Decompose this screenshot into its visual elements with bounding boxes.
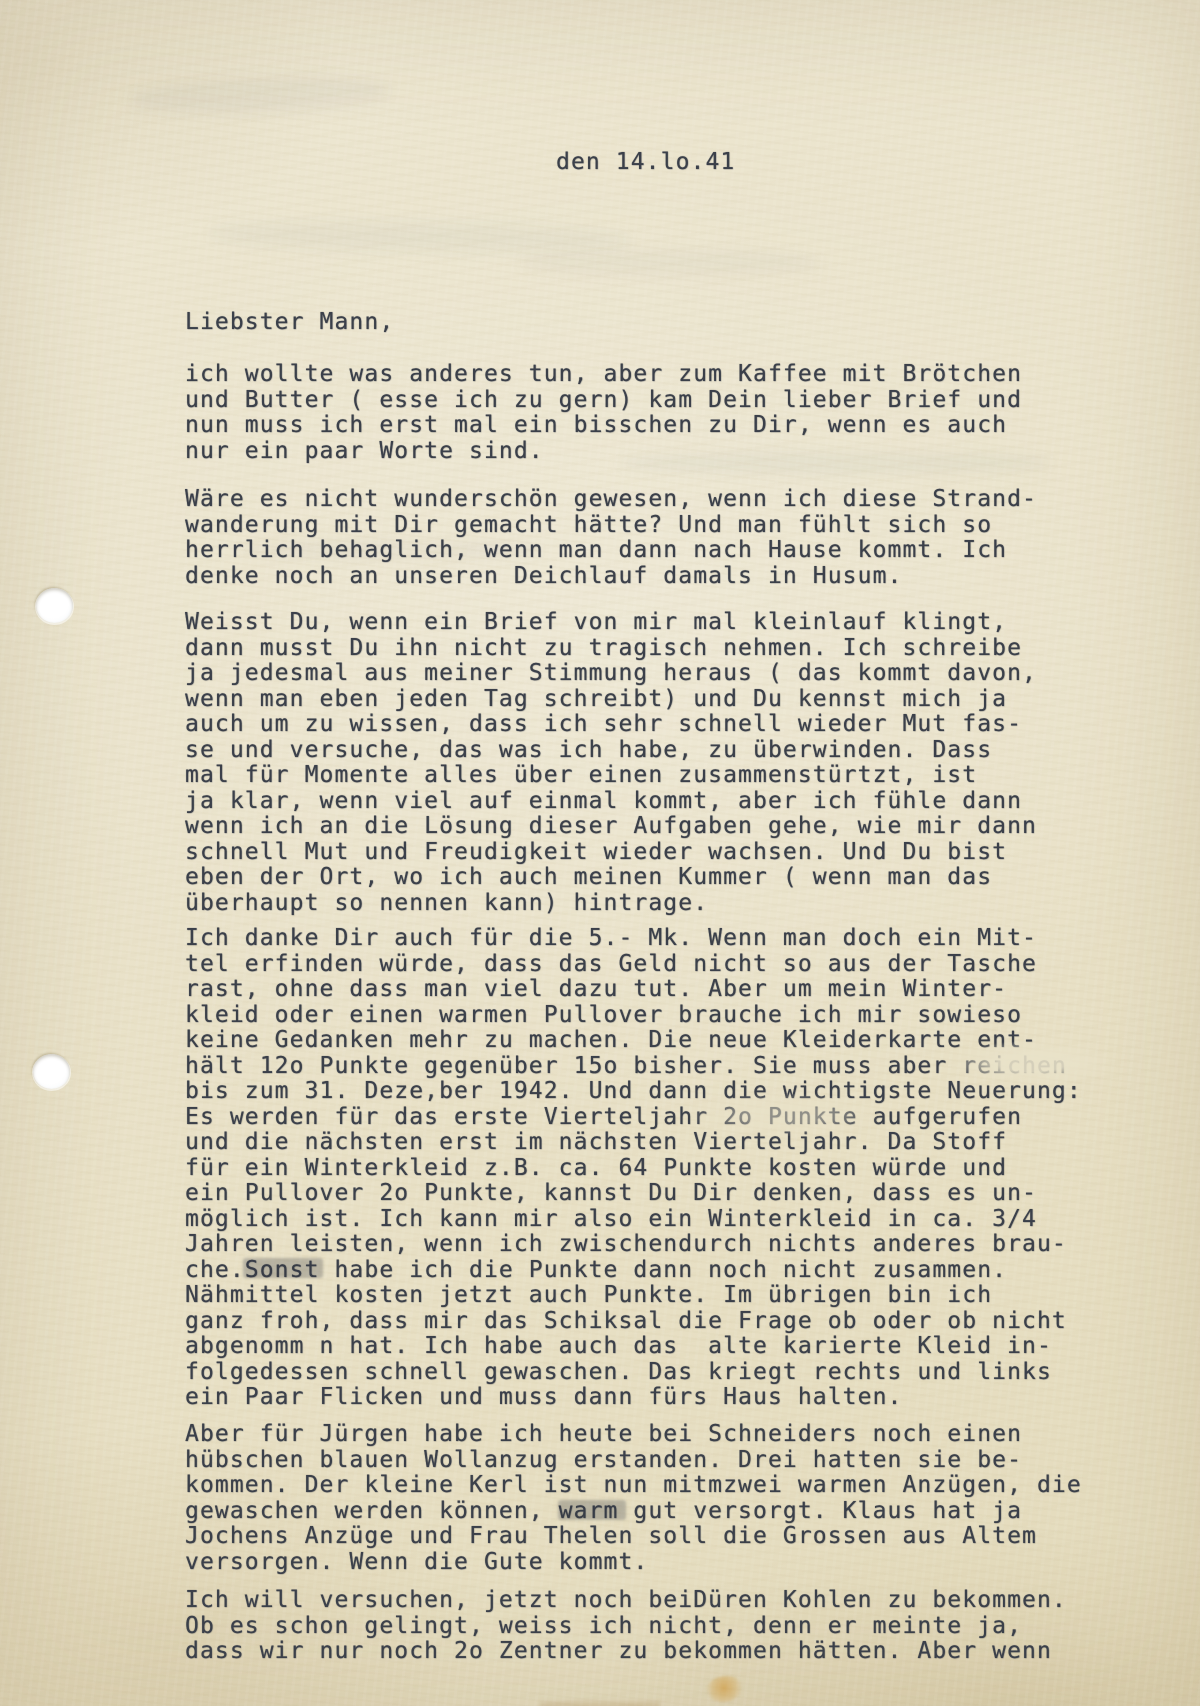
letter-salutation: Liebster Mann, bbox=[185, 310, 1115, 336]
stain-mark bbox=[706, 1676, 742, 1702]
letter-paragraph-6: Ich will versuchen, jetzt noch beiDüren … bbox=[185, 1588, 1115, 1665]
letter-paragraph-1: ich wollte was anderes tun, aber zum Kaf… bbox=[185, 362, 1115, 464]
bleed-through-mark bbox=[520, 250, 820, 276]
bleed-through-mark bbox=[210, 218, 630, 255]
letter-paragraph-4: Ich danke Dir auch für die 5.- Mk. Wenn … bbox=[185, 926, 1115, 1411]
hole-punch-top bbox=[36, 588, 73, 623]
letter-paragraph-3: Weisst Du, wenn ein Brief von mir mal kl… bbox=[185, 610, 1115, 916]
bleed-through-mark bbox=[129, 73, 390, 116]
letter-page: den 14.lo.41 Liebster Mann, ich wollte w… bbox=[0, 0, 1200, 1706]
letter-paragraph-5: Aber für Jürgen habe ich heute bei Schne… bbox=[185, 1422, 1115, 1575]
letter-paragraph-2: Wäre es nicht wunderschön gewesen, wenn … bbox=[185, 487, 1115, 589]
letter-date: den 14.lo.41 bbox=[556, 150, 956, 176]
stain-mark-edge bbox=[540, 1702, 660, 1706]
hole-punch-bottom bbox=[33, 1054, 70, 1089]
